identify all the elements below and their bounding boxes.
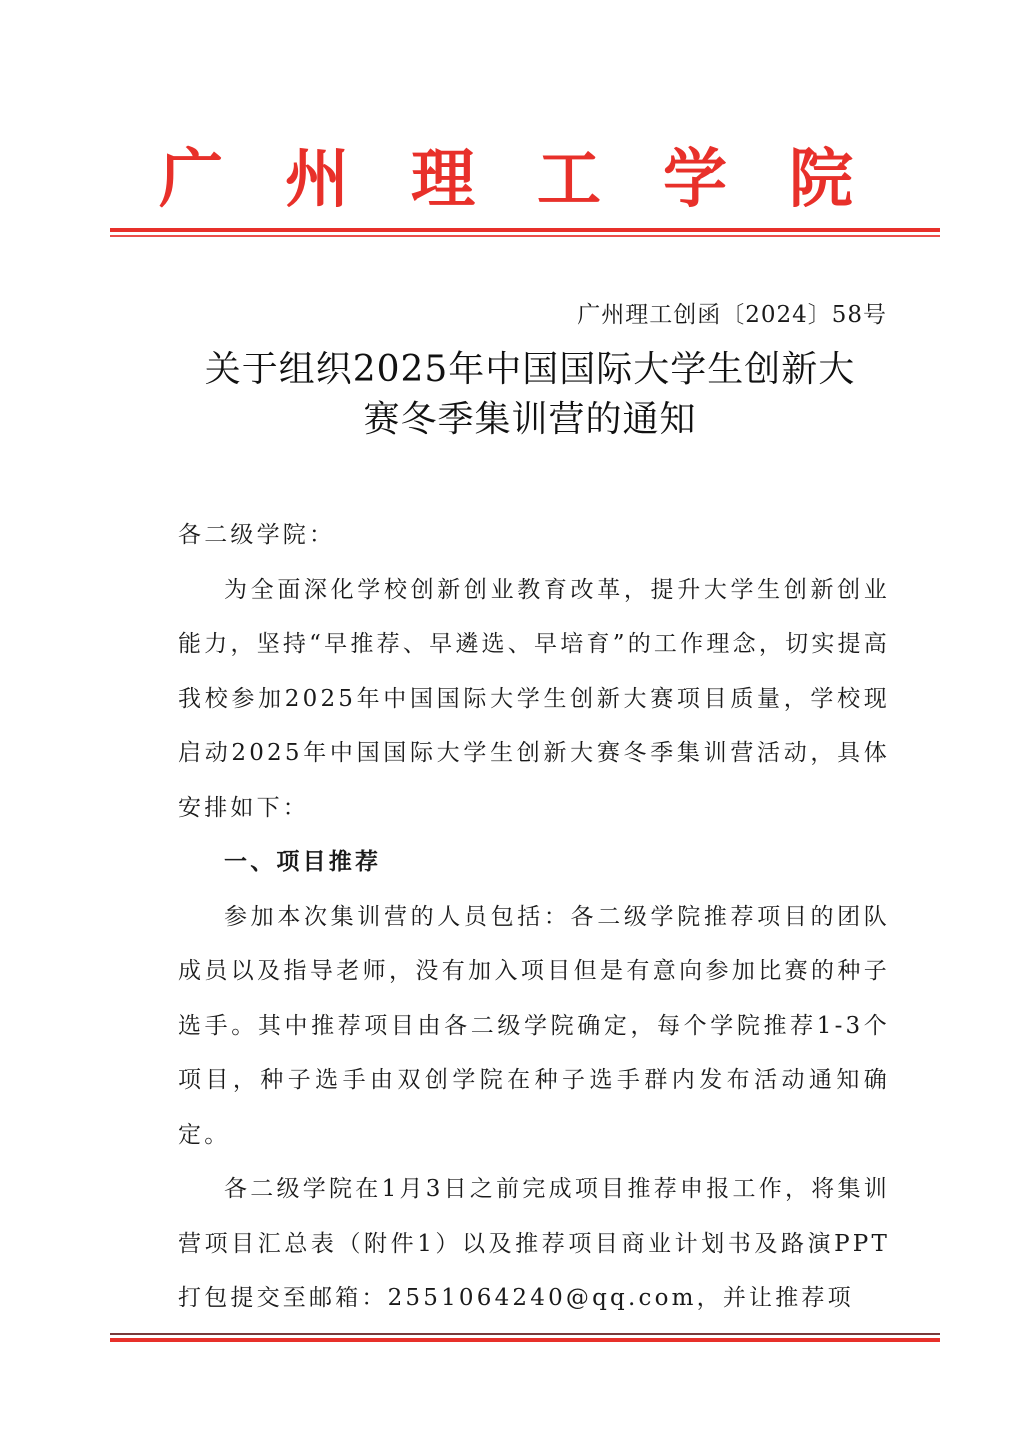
footer-thin-line <box>110 1333 940 1335</box>
paragraph-intro: 为全面深化学校创新创业教育改革，提升大学生创新创业能力，坚持“早推荐、早遴选、早… <box>178 563 890 836</box>
paragraph-participants: 参加本次集训营的人员包括：各二级学院推荐项目的团队成员以及指导老师，没有加入项目… <box>178 890 890 1163</box>
document-number: 广州理工创函〔2024〕58号 <box>577 296 887 329</box>
divider-thick-line <box>110 228 940 232</box>
masthead-divider <box>110 228 940 237</box>
paragraph-submission: 各二级学院在1月3日之前完成项目推荐申报工作，将集训营项目汇总表（附件1）以及推… <box>178 1162 890 1326</box>
title-line-2: 赛冬季集训营的通知 <box>150 395 910 445</box>
section-heading-project-recommendation: 一、项目推荐 <box>178 835 890 890</box>
salutation: 各二级学院： <box>178 508 890 563</box>
divider-thin-line <box>110 235 940 237</box>
institution-masthead: 广州理工学院 <box>0 135 1024 225</box>
title-line-1: 关于组织2025年中国国际大学生创新大 <box>150 345 910 395</box>
document-body: 各二级学院： 为全面深化学校创新创业教育改革，提升大学生创新创业能力，坚持“早推… <box>178 508 890 1326</box>
document-title: 关于组织2025年中国国际大学生创新大 赛冬季集训营的通知 <box>150 345 910 445</box>
footer-thick-line <box>110 1338 940 1342</box>
footer-divider <box>110 1333 940 1342</box>
